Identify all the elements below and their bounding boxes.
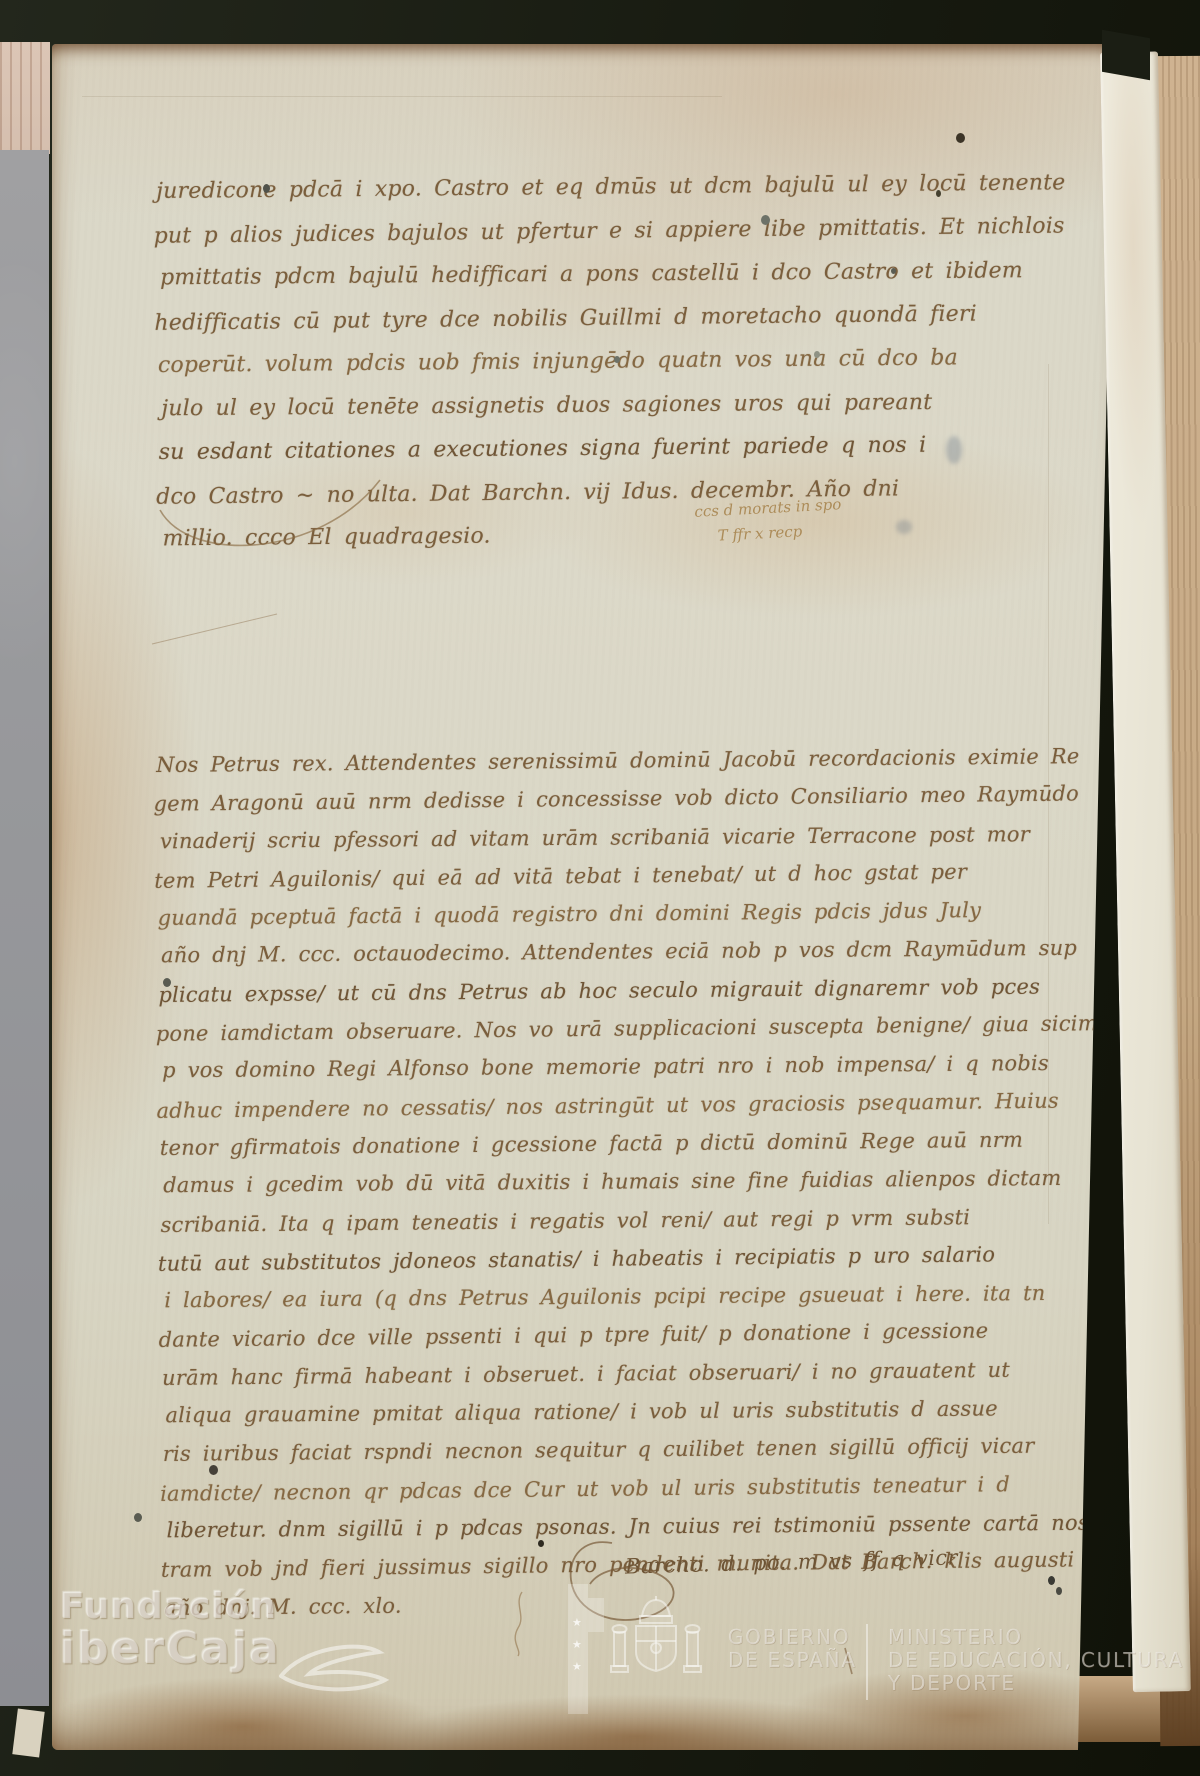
ministerio-line: DE EDUCACIÓN, CULTURA [888,1649,1184,1672]
ink-flourishes [52,44,1114,1750]
worm-hole [936,190,941,197]
spain-coat-of-arms-icon [600,1596,712,1700]
star-icon: ★ [572,1638,584,1651]
watermark-gobierno-text: GOBIERNO DE ESPAÑA [728,1626,857,1672]
page-gutter-edge [0,42,50,154]
watermark-ministerio-text: MINISTERIO DE EDUCACIÓN, CULTURA Y DEPOR… [888,1626,1184,1695]
ibercaja-swirl-icon [275,1636,393,1694]
fundacion-wordmark: Fundación [60,1588,281,1626]
worm-hole [163,978,171,987]
worm-hole [614,356,620,363]
ink-blot [1056,1587,1062,1595]
paper-sliver [12,1709,44,1758]
ink-blot [1048,1576,1055,1585]
watermark-divider [866,1624,868,1700]
gobierno-line: DE ESPAÑA [728,1649,857,1672]
star-icon: ★ [572,1660,584,1673]
eu-stars-banner-icon: ★ ★ ★ [568,1584,588,1714]
worm-hole [134,1513,142,1522]
worm-hole [209,1465,218,1475]
page-gap-shadow [1102,30,1150,80]
watermark-fundacion: Fundación iberCaja [60,1588,281,1672]
gray-smudge [946,436,962,464]
gobierno-line: GOBIERNO [728,1626,857,1649]
worm-hole [263,184,270,193]
gray-tape-strip [0,150,49,1706]
worm-hole [761,215,770,225]
ink-blot [538,1540,544,1547]
worm-hole [956,133,965,143]
manuscript-page: juredicone pdcā i xpo. Castro et eq dmūs… [52,44,1114,1750]
worm-hole [814,351,820,358]
star-icon: ★ [572,1616,584,1629]
worm-hole [891,268,896,274]
ministerio-line: MINISTERIO [888,1626,1184,1649]
ministerio-line: Y DEPORTE [888,1672,1184,1695]
manuscript-scan: juredicone pdcā i xpo. Castro et eq dmūs… [0,0,1200,1776]
gray-smudge [896,520,912,534]
ibercaja-wordmark: iberCaja [60,1626,281,1672]
